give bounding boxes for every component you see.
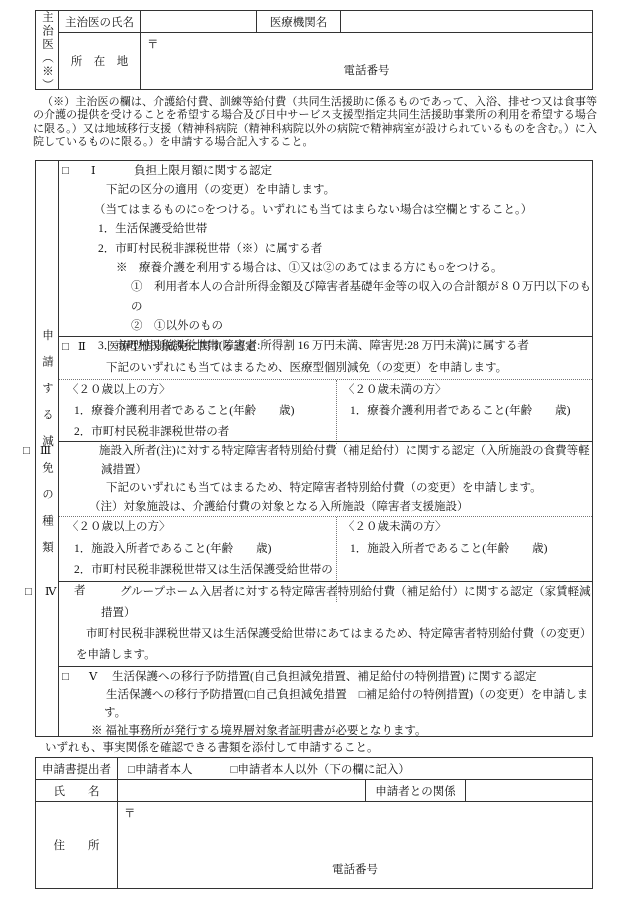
- section-3-header: □Ⅲ施設入所者(注)に対する特定障害者特別給付費（補足給付）に関する認定（入所施…: [59, 442, 592, 479]
- submitter-name-input[interactable]: [118, 780, 366, 801]
- doctor-table-main: 主治医の氏名 医療機関名 所 在 地 〒 電話番号: [59, 11, 592, 89]
- section-2-header: □Ⅱ医療型個別減免に関する認定: [59, 337, 592, 358]
- section-3-intro: 下記のいずれにも当てはまるため、特定障害者特別給付費（の変更）を申請します。: [59, 479, 592, 498]
- col-heading: 〈２０歳未満の方〉: [343, 380, 592, 401]
- col-item: 1．療養介護利用者であること(年齢 歳): [67, 401, 336, 422]
- section-1-suboption-1[interactable]: ① 利用者本人の合計所得金額及び障害者基礎年金等の収入の合計額が８０万円以下のも…: [59, 278, 592, 317]
- section-1-line: （当てはまるものに○をつける。いずれにも当てはまらない場合は空欄とすること。）: [59, 201, 592, 220]
- submitter-options: □申請者本人 □申請者本人以外（下の欄に記入）: [118, 758, 592, 779]
- doctor-side-label: 主治医（※）: [36, 11, 59, 89]
- submitter-phone-label: 電話番号: [118, 861, 592, 877]
- submitter-row: 申請書提出者 □申請者本人 □申請者本人以外（下の欄に記入）: [36, 758, 592, 780]
- col-heading: 〈２０歳以上の方〉: [67, 517, 336, 538]
- section-2-checkbox[interactable]: □: [62, 337, 78, 358]
- col-heading: 〈２０歳以上の方〉: [67, 380, 336, 401]
- submitter-name-label: 氏 名: [36, 780, 118, 801]
- section-1-burden-cap: □Ⅰ負担上限月額に関する認定 下記の区分の適用（の変更）を申請します。 （当ては…: [59, 161, 592, 336]
- section-3-facility-resident: □Ⅲ施設入所者(注)に対する特定障害者特別給付費（補足給付）に関する認定（入所施…: [59, 441, 592, 581]
- section-2-col-over20: 〈２０歳以上の方〉 1．療養介護利用者であること(年齢 歳) 2．市町村民税非課…: [59, 380, 337, 444]
- submitter-self-checkbox[interactable]: □申請者本人: [128, 761, 192, 777]
- section-3-title: 施設入所者(注)に対する特定障害者特別給付費（補足給付）に関する認定（入所施設の…: [99, 445, 590, 476]
- col-item: 1．療養介護利用者であること(年齢 歳): [343, 401, 592, 422]
- exemption-sections: □Ⅰ負担上限月額に関する認定 下記の区分の適用（の変更）を申請します。 （当ては…: [59, 161, 592, 736]
- section-4-body: 市町村民税非課税世帯又は生活保護受給世帯にあてはまるため、特定障害者特別給付費（…: [59, 624, 592, 666]
- section-2-columns: 〈２０歳以上の方〉 1．療養介護利用者であること(年齢 歳) 2．市町村民税非課…: [59, 379, 592, 444]
- doctor-table: 主治医（※） 主治医の氏名 医療機関名 所 在 地 〒 電話番号: [35, 10, 593, 90]
- section-5-title: 生活保護への移行予防措置(自己負担減免措置、補足給付の特例措置) に関する認定: [112, 671, 537, 683]
- section-3-numeral: Ⅲ: [79, 442, 99, 461]
- submitter-other-checkbox[interactable]: □申請者本人以外（下の欄に記入）: [230, 761, 409, 777]
- section-5-checkbox[interactable]: □: [62, 668, 89, 686]
- section-5-body-prefix: 生活保護への移行予防措置(: [106, 689, 248, 701]
- col-item: 1．施設入所者であること(年齢 歳): [343, 539, 592, 560]
- section-5-note: ※ 福祉事務所が発行する境界層対象者証明書が必要となります。: [59, 722, 592, 740]
- attachment-note: いずれも、事実関係を確認できる書類を添付して申請すること。: [45, 739, 379, 755]
- section-2-medical-reduction: □Ⅱ医療型個別減免に関する認定 下記のいずれにも当てはまるため、医療型個別減免（…: [59, 336, 592, 441]
- submitter-address-label: 住 所: [36, 802, 118, 888]
- section-4-group-home: □Ⅳグループホーム入居者に対する特定障害者特別給付費（補足給付）に関する認定（家…: [59, 581, 592, 666]
- section-5-numeral: Ⅴ: [89, 668, 112, 686]
- section-1-line: 下記の区分の適用（の変更）を申請します。: [59, 181, 592, 200]
- section-5-header: □Ⅴ生活保護への移行予防措置(自己負担減免措置、補足給付の特例措置) に関する認…: [59, 668, 592, 686]
- section-2-col-under20: 〈２０歳未満の方〉 1．療養介護利用者であること(年齢 歳): [337, 380, 592, 444]
- doctor-address-label: 所 在 地: [59, 33, 141, 89]
- section-2-numeral: Ⅱ: [78, 337, 107, 358]
- submitter-label: 申請書提出者: [36, 758, 118, 779]
- relation-label: 申請者との関係: [366, 780, 466, 801]
- doctor-phone-label: 電話番号: [141, 62, 592, 78]
- section-1-numeral: Ⅰ: [91, 162, 134, 181]
- relation-input[interactable]: [466, 780, 592, 801]
- postal-mark: 〒: [124, 808, 136, 820]
- section-1-option-2[interactable]: 2．市町村民税非課税世帯（※）に属する者: [59, 240, 592, 259]
- section-5-option-selfpay-checkbox[interactable]: □自己負担減免措置: [248, 689, 347, 701]
- doctor-name-input[interactable]: [141, 11, 257, 32]
- section-5-body: 生活保護への移行予防措置(□自己負担減免措置□補足給付の特例措置)（の変更）を申…: [59, 686, 592, 722]
- submitter-address-row: 住 所 〒 電話番号: [36, 802, 592, 888]
- section-1-note: ※ 療養介護を利用する場合は、①又は②のあてはまる方にも○をつける。: [59, 259, 592, 278]
- submitter-address-input[interactable]: 〒 電話番号: [118, 802, 592, 888]
- doctor-row-name: 主治医の氏名 医療機関名: [59, 11, 592, 33]
- section-3-checkbox[interactable]: □: [62, 442, 79, 461]
- medical-facility-input[interactable]: [341, 11, 592, 32]
- col-item: 1．施設入所者であること(年齢 歳): [67, 539, 336, 560]
- doctor-field-note: （※）主治医の欄は、介護給付費、訓練等給付費（共同生活援助に係るものであって、入…: [33, 96, 597, 150]
- section-1-option-1[interactable]: 1．生活保護受給世帯: [59, 220, 592, 239]
- submitter-name-row: 氏 名 申請者との関係: [36, 780, 592, 802]
- section-1-title: 負担上限月額に関する認定: [134, 165, 272, 177]
- section-3-note: （注）対象施設は、介護給付費の対象となる入所施設（障害者支援施設）: [59, 498, 592, 517]
- doctor-name-label: 主治医の氏名: [59, 11, 141, 32]
- application-form-page: 主治医（※） 主治医の氏名 医療機関名 所 在 地 〒 電話番号 （※）主治医の…: [0, 0, 630, 903]
- section-2-intro: 下記のいずれにも当てはまるため、医療型個別減免（の変更）を申請します。: [59, 358, 592, 379]
- section-4-title: グループホーム入居者に対する特定障害者特別給付費（補足給付）に関する認定（家賃軽…: [101, 586, 591, 619]
- section-5-welfare-prevention: □Ⅴ生活保護への移行予防措置(自己負担減免措置、補足給付の特例措置) に関する認…: [59, 666, 592, 740]
- section-1-suboption-2[interactable]: ② ①以外のもの: [59, 317, 592, 336]
- doctor-row-address: 所 在 地 〒 電話番号: [59, 33, 592, 89]
- section-2-title: 医療型個別減免に関する認定: [107, 341, 257, 353]
- medical-facility-label: 医療機関名: [257, 11, 341, 32]
- exemption-table: 申請する減免の種類 □Ⅰ負担上限月額に関する認定 下記の区分の適用（の変更）を申…: [35, 160, 593, 737]
- section-1-checkbox[interactable]: □: [62, 162, 91, 181]
- doctor-address-input[interactable]: 〒 電話番号: [141, 33, 592, 89]
- section-1-header: □Ⅰ負担上限月額に関する認定: [59, 162, 592, 181]
- section-4-numeral: Ⅳ: [83, 582, 120, 603]
- section-5-option-supplement-checkbox[interactable]: □補足給付の特例措置: [359, 689, 469, 701]
- postal-mark: 〒: [147, 39, 159, 51]
- section-4-header: □Ⅳグループホーム入居者に対する特定障害者特別給付費（補足給付）に関する認定（家…: [59, 582, 592, 624]
- submitter-table: 申請書提出者 □申請者本人 □申請者本人以外（下の欄に記入） 氏 名 申請者との…: [35, 757, 593, 889]
- section-4-checkbox[interactable]: □: [63, 582, 83, 603]
- col-heading: 〈２０歳未満の方〉: [343, 517, 592, 538]
